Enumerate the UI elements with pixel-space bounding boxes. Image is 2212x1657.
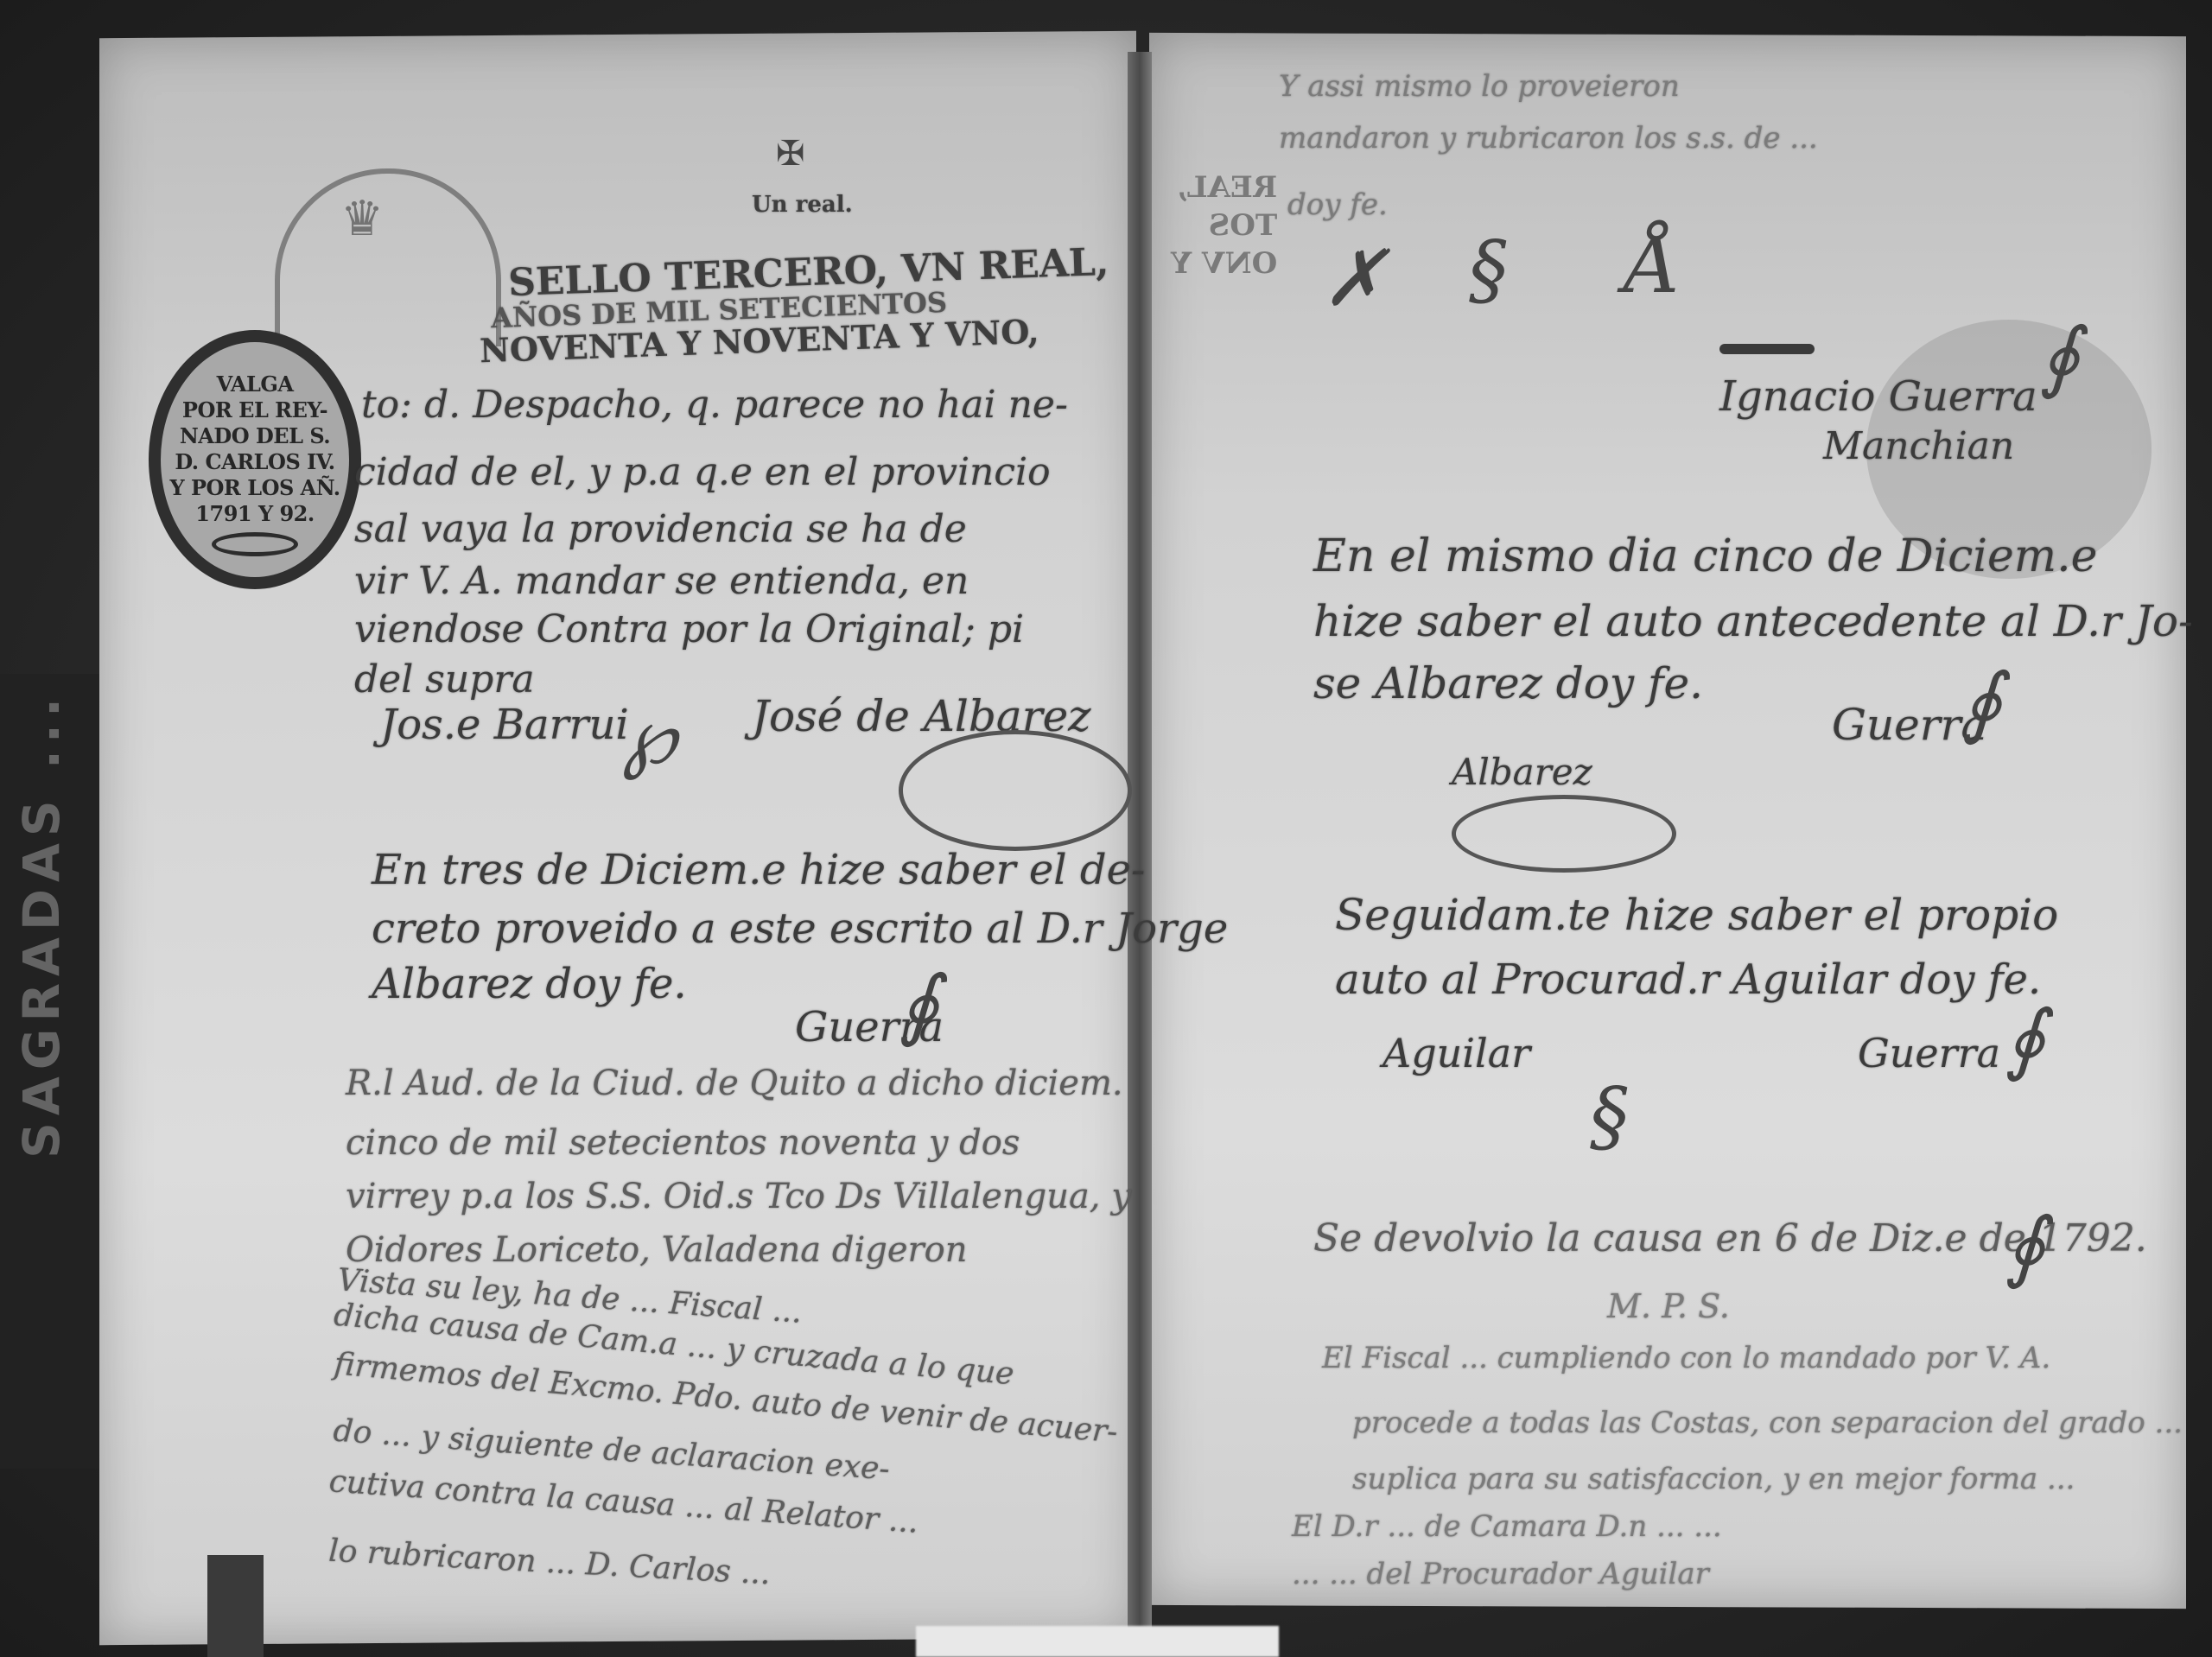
mirrored-line: REAL, [1171,168,1277,206]
ink-blot [1719,344,1815,354]
seal-line: VALGA [217,371,294,397]
signature-aguilar: Aguilar [1382,1019,1530,1087]
mirrored-line: ONV Y [1171,244,1277,283]
book-edge-shadow [207,1555,264,1657]
right-top-line: doy fe. [1287,177,1388,232]
left-para2-line: En tres de Diciem.e hize saber el de- [372,836,1145,904]
right-para1-line: se Albarez doy fe. [1313,650,1703,717]
right-para2-line: Seguidam.te hize saber el propio [1335,881,2058,949]
mirrored-stamp-bleed: REAL, TOS ONV Y [1171,168,1277,283]
rubric-mark-icon: § [1590,1071,1629,1162]
seal-line: 1791 Y 92. [195,501,314,527]
seal-line: POR EL REY- [182,397,327,423]
rubric-mark-icon: Å [1624,220,1681,311]
salutation: M. P. S. [1607,1279,1730,1334]
adjacent-book-spine: SAGRADAS ... [0,674,106,1469]
right-para1-line: hize saber el auto antecedente al D.r Jo… [1313,587,2193,655]
left-body-line: to: d. Despacho, q. parece no hai ne- [361,371,1068,439]
crown-icon: ♛ [340,191,384,247]
right-closing-line: ... ... del Procurador Aguilar [1292,1546,1709,1602]
right-top-line: Y assi mismo lo proveieron [1279,59,1680,114]
signature-manchian: Manchian [1823,413,2014,480]
right-closing-line: procede a todas las Costas, con separaci… [1352,1395,2183,1451]
seal-base-icon [212,532,298,556]
rubric-mark-icon: ∮ [2005,1201,2045,1292]
right-para1-line: En el mismo dia cinco de Diciem.e [1313,523,2097,590]
left-para3-line: R.l Aud. de la Ciud. de Quito a dicho di… [346,1050,1123,1117]
oval-seal-stamp: VALGA POR EL REY- NADO DEL S. D. CARLOS … [149,330,361,589]
signature-barrui: Jos.e Barrui [380,691,629,759]
seal-line: NADO DEL S. [180,423,330,449]
right-top-line: mandaron y rubricaron los s.s. de ... [1279,111,1818,166]
right-closing-line: El Fiscal ... cumpliendo con lo mandado … [1322,1330,2050,1386]
rubric-flourish-icon [1452,795,1676,873]
bottom-label-strip [916,1626,1279,1657]
rubric-flourish-icon [899,730,1132,851]
rubric-mark-icon: ∮ [899,959,939,1050]
left-para2-line: Albarez doy fe. [372,950,687,1018]
rubric-mark-icon: ∮ [1961,657,2002,747]
signature-guerra: Guerra [1858,1019,2000,1087]
mirrored-line: TOS [1171,206,1277,244]
rubric-mark-icon: ✗ [1322,233,1387,324]
right-para2-line: auto al Procurad.r Aguilar doy fe. [1335,946,2041,1013]
cross-mark-icon: ✠ [776,134,805,174]
spine-label: SAGRADAS ... [12,691,71,1159]
rubric-mark-icon: ∮ [2005,994,2045,1084]
stamp-denomination: Un real. [752,192,853,218]
seal-line: D. CARLOS IV. [175,449,334,475]
rubric-mark-icon: ℘ [622,691,677,782]
rubric-mark-icon: ∮ [2039,311,2080,402]
rubric-mark-icon: § [1469,225,1508,315]
seal-line: Y POR LOS AÑ. [169,475,340,501]
